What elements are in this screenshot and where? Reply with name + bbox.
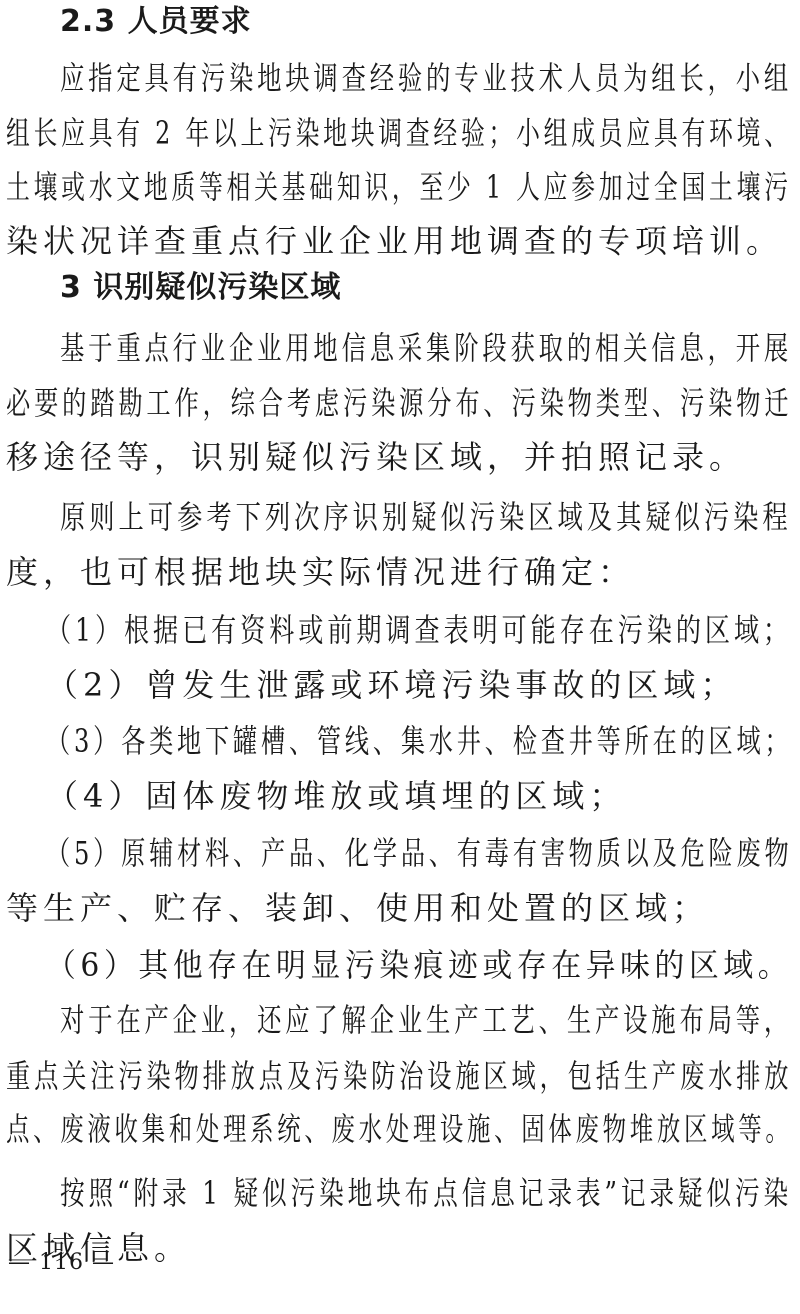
paragraph-line: 必要的踏勘工作，综合考虑污染源分布、污染物类型、污染物迁 — [6, 383, 792, 423]
list-item: （1）根据已有资料或前期调查表明可能存在污染的区域； — [46, 610, 792, 650]
list-item-continuation: 等生产、贮存、装卸、使用和处置的区域； — [6, 888, 709, 928]
paragraph-line: 重点关注污染物排放点及污染防治设施区域，包括生产废水排放 — [6, 1056, 792, 1096]
section-heading-3: 3 识别疑似污染区域 — [60, 268, 341, 308]
paragraph-line: 按照“附录 1 疑似污染地块布点信息记录表”记录疑似污染 — [60, 1173, 792, 1213]
paragraph-line: 度，也可根据地块实际情况进行确定： — [6, 552, 635, 592]
list-item: （5）原辅材料、产品、化学品、有毒有害物质以及危险废物 — [46, 833, 792, 873]
list-item: （4）固体废物堆放或填埋的区域； — [46, 776, 626, 816]
paragraph-line: 基于重点行业企业用地信息采集阶段获取的相关信息，开展 — [60, 328, 792, 368]
paragraph-line: 组长应具有 2 年以上污染地块调查经验；小组成员应具有环境、 — [6, 113, 792, 153]
list-item: （3）各类地下罐槽、管线、集水井、检查井等所在的区域； — [46, 721, 792, 761]
paragraph-line: 移途径等，识别疑似污染区域，并拍照记录。 — [6, 437, 746, 477]
paragraph-line: 对于在产企业，还应了解企业生产工艺、生产设施布局等， — [60, 1000, 792, 1040]
paragraph-line: 土壤或水文地质等相关基础知识，至少 1 人应参加过全国土壤污 — [6, 167, 792, 207]
section-heading-2-3: 2.3 人员要求 — [60, 2, 252, 42]
paragraph-line: 原则上可参考下列次序识别疑似污染区域及其疑似污染程 — [60, 497, 792, 537]
paragraph-line: 应指定具有污染地块调查经验的专业技术人员为组长，小组 — [60, 58, 792, 98]
paragraph-line: 点、废液收集和处理系统、废水处理设施、固体废物堆放区域等。 — [6, 1109, 793, 1149]
list-item: （2）曾发生泄露或环境污染事故的区域； — [46, 665, 737, 705]
page-number: — 116 — — [8, 1248, 115, 1278]
paragraph-line: 染状况详查重点行业企业用地调查的专项培训。 — [6, 221, 783, 261]
list-item: （6）其他存在明显污染痕迹或存在异味的区域。 — [46, 945, 792, 985]
